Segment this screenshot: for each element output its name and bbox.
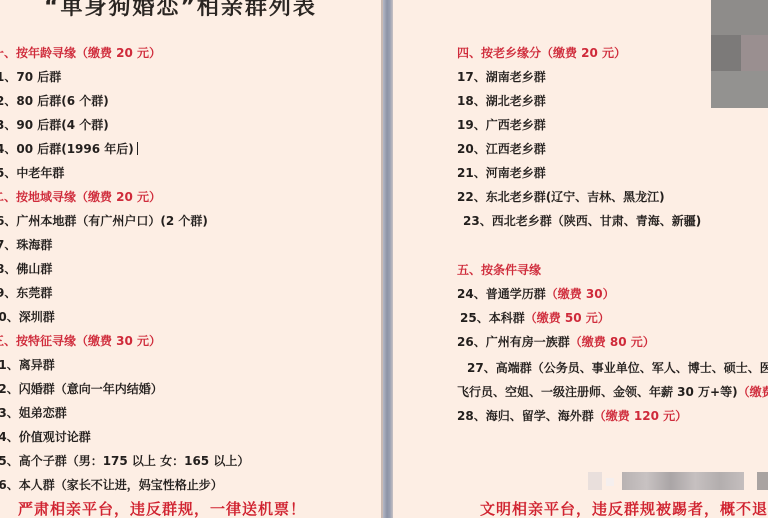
list-item: 7、珠海群 xyxy=(0,236,52,253)
pixelated-watermark xyxy=(757,472,768,490)
fee-label: （缴费 50 元） xyxy=(525,311,610,325)
list-item-text: 25、本科群 xyxy=(460,311,525,325)
list-item: 2、80 后群(6 个群) xyxy=(0,92,109,109)
list-item: 16、本人群（家长不让进，妈宝性格止步） xyxy=(0,476,223,493)
list-item: 17、湖南老乡群 xyxy=(457,68,546,85)
list-item: 27、高端群（公务员、事业单位、军人、博士、硕士、医护、银行 xyxy=(467,359,768,376)
list-item-text: 26、广州有房一族群 xyxy=(457,335,570,349)
list-item: 23、西北老乡群（陕西、甘肃、青海、新疆) xyxy=(463,212,701,229)
fee-label: （缴费 120 元） xyxy=(594,409,687,423)
list-item: 10、深圳群 xyxy=(0,308,55,325)
list-item: 3、90 后群(4 个群) xyxy=(0,116,109,133)
pixelated-watermark xyxy=(588,472,602,490)
pixelated-image-region xyxy=(711,0,768,108)
page-footer-notice: 严肃相亲平台，违反群规，一律送机票！ xyxy=(18,498,306,518)
list-item: 18、湖北老乡群 xyxy=(457,92,546,109)
list-item: 6、广州本地群（有广州户口）(2 个群) xyxy=(0,212,208,229)
fee-label: （缴费 80 元） xyxy=(570,335,655,349)
list-item: 25、本科群（缴费 50 元） xyxy=(460,309,610,326)
list-item: 9、东莞群 xyxy=(0,284,52,301)
list-item: 12、闪婚群（意向一年内结婚） xyxy=(0,380,163,397)
list-item: 20、江西老乡群 xyxy=(457,140,546,157)
list-item: 1、70 后群 xyxy=(0,68,61,85)
list-item: 22、东北老乡群(辽宁、吉林、黑龙江) xyxy=(457,188,665,205)
section-heading: 二、按地域寻缘（缴费 20 元） xyxy=(0,188,161,205)
list-item: 8、佛山群 xyxy=(0,260,52,277)
page-title: “单身狗婚恋”相亲群列表 xyxy=(44,0,317,21)
list-item-text: 飞行员、空姐、一级注册师、金领、年薪 30 万+等) xyxy=(457,385,738,399)
list-item-text: 4、00 后群(1996 年后) xyxy=(0,142,134,156)
page-divider xyxy=(383,0,393,518)
list-item: 飞行员、空姐、一级注册师、金领、年薪 30 万+等)（缴费 100 元 xyxy=(457,383,768,400)
document-page-left: “单身狗婚恋”相亲群列表 一、按年龄寻缘（缴费 20 元） 1、70 后群 2、… xyxy=(0,0,383,518)
section-heading: 三、按特征寻缘（缴费 30 元） xyxy=(0,332,161,349)
fee-label: （缴费 100 元 xyxy=(738,385,768,399)
list-item: 15、高个子群（男：175 以上 女：165 以上） xyxy=(0,452,249,469)
pixelated-watermark xyxy=(606,478,614,486)
section-heading: 五、按条件寻缘 xyxy=(457,261,541,278)
section-heading: 一、按年龄寻缘（缴费 20 元） xyxy=(0,44,161,61)
page-footer-notice: 文明相亲平台，违反群规被踢者，概不退费！ xyxy=(480,498,768,518)
list-item: 24、普通学历群（缴费 30） xyxy=(457,285,615,302)
list-item: 26、广州有房一族群（缴费 80 元） xyxy=(457,333,655,350)
list-item: 11、离异群 xyxy=(0,356,55,373)
list-item-text: 27、高端群（公务员、事业单位、军人、博士、硕士、医护、银行 xyxy=(467,361,768,375)
pixelated-watermark xyxy=(622,472,744,490)
list-item: 19、广西老乡群 xyxy=(457,116,546,133)
section-heading: 四、按老乡缘分（缴费 20 元） xyxy=(457,44,626,61)
text-cursor xyxy=(137,142,138,155)
list-item-text: 28、海归、留学、海外群 xyxy=(457,409,594,423)
list-item: 21、河南老乡群 xyxy=(457,164,546,181)
list-item: 5、中老年群 xyxy=(0,164,64,181)
fee-label: （缴费 30） xyxy=(546,287,615,301)
list-item: 14、价值观讨论群 xyxy=(0,428,91,445)
list-item: 4、00 后群(1996 年后) xyxy=(0,140,138,157)
list-item: 13、姐弟恋群 xyxy=(0,404,67,421)
list-item: 28、海归、留学、海外群（缴费 120 元） xyxy=(457,407,687,424)
list-item-text: 24、普通学历群 xyxy=(457,287,546,301)
